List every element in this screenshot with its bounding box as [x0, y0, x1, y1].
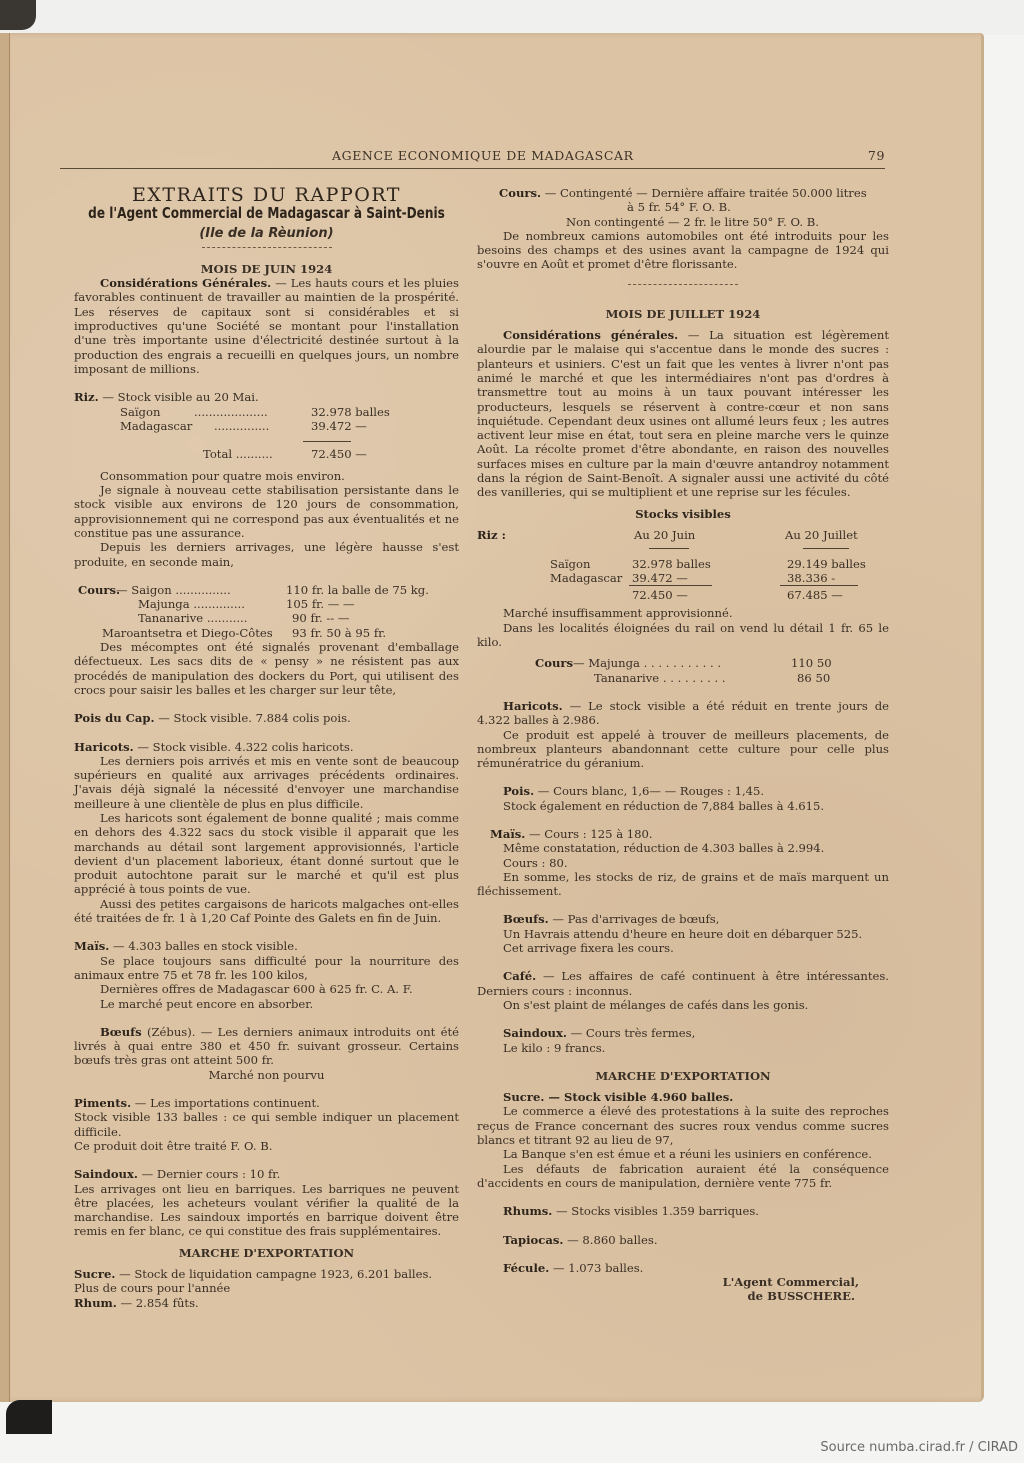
july-mais-p1: Même constatation, réduction de 4.303 ba… [477, 841, 889, 855]
june-haricots: Haricots. — Stock visible. 4.322 colis h… [74, 740, 459, 754]
ornament-divider [628, 284, 738, 285]
june-cours-row: Cours. — Saigon ............... 110 fr. … [74, 583, 459, 597]
july-sucre: Sucre. — Stock visible 4.960 balles. [477, 1090, 889, 1104]
june-rhum-cours: Cours. — Contingenté — Dernière affaire … [477, 186, 889, 200]
running-head: AGENCE ECONOMIQUE DE MADAGASCAR 79 [60, 148, 885, 166]
june-rhum-cours-line3: Non contingenté — 2 fr. le litre 50° F. … [477, 215, 889, 229]
june-saindoux: Saindoux. — Dernier cours : 10 fr. [74, 1167, 459, 1181]
june-pois: Pois du Cap. — Stock visible. 7.884 coli… [74, 711, 459, 725]
source-credit: Source numba.cirad.fr / CIRAD [820, 1440, 1018, 1455]
june-stabilisation: Je signale à nouveau cette stabilisation… [74, 483, 459, 540]
june-piments-p1: Stock visible 133 balles : ce qui semble… [74, 1110, 459, 1139]
july-boeufs-p1: Un Havrais attendu d'heure en heure doit… [477, 927, 889, 941]
july-stocks-row: Saïgon 32.978 balles 29.149 balles [477, 557, 889, 571]
july-saindoux: Saindoux. — Cours très fermes, [477, 1026, 889, 1040]
july-stocks-heading: Stocks visibles [477, 507, 889, 521]
july-pois: Pois. — Cours blanc, 1,6— — Rouges : 1,4… [477, 784, 889, 798]
article-region: (Ile de la Rèunion) [74, 227, 459, 241]
running-title: AGENCE ECONOMIQUE DE MADAGASCAR [332, 148, 634, 163]
june-mais-p3: Le marché peut encore en absorber. [74, 997, 459, 1011]
july-rhums: Rhums. — Stocks visibles 1.359 barriques… [477, 1204, 889, 1218]
july-saindoux-p1: Le kilo : 9 francs. [477, 1041, 889, 1055]
july-tapiocas: Tapiocas. — 8.860 balles. [477, 1233, 889, 1247]
june-cours-row: Tananarive ........... 90 fr. -- — [74, 611, 459, 625]
june-heading: MOIS DE JUIN 1924 [74, 262, 459, 276]
june-export-heading: MARCHE D'EXPORTATION [74, 1246, 459, 1260]
july-boeufs-p2: Cet arrivage fixera les cours. [477, 941, 889, 955]
june-sucre: Sucre. — Stock de liquidation campagne 1… [74, 1267, 459, 1281]
june-haricots-p1: Les derniers pois arrivés et mis en vent… [74, 754, 459, 811]
binder-clip-top [0, 0, 36, 30]
right-column: Cours. — Contingenté — Dernière affaire … [477, 186, 889, 1304]
binder-clip-bottom [6, 1400, 52, 1434]
june-cours-row: Majunga .............. 105 fr. — — [74, 597, 459, 611]
july-fecule: Fécule. — 1.073 balles. [477, 1261, 889, 1275]
june-cours-row: Maroantsetra et Diego-Côtes 93 fr. 50 à … [74, 626, 459, 640]
july-stocks-row: Madagascar 39.472 — 38.336 - [477, 571, 889, 585]
june-haricots-p3: Aussi des petites cargaisons de haricots… [74, 897, 459, 926]
june-riz-row: Madagascar ............... 39.472 — [74, 419, 459, 433]
july-sucre-p1: Le commerce a élevé des protestations à … [477, 1104, 889, 1147]
july-haricots: Haricots. — Le stock visible a été rédui… [477, 699, 889, 728]
july-export-heading: MARCHE D'EXPORTATION [477, 1069, 889, 1083]
july-detail: Dans les localités éloignées du rail on … [477, 621, 889, 650]
signature-title: L'Agent Commercial, [477, 1275, 889, 1289]
june-mais-p1: Se place toujours sans difficulté pour l… [74, 954, 459, 983]
page-number: 79 [868, 148, 885, 163]
june-piments-p2: Ce produit doit être traité F. O. B. [74, 1139, 459, 1153]
june-boeufs-note: Marché non pourvu [74, 1068, 459, 1082]
july-heading: MOIS DE JUILLET 1924 [477, 307, 889, 321]
june-sucre-p1: Plus de cours pour l'année [74, 1281, 459, 1295]
july-sucre-p2: La Banque s'en est émue et a réuni les u… [477, 1147, 889, 1161]
left-column: EXTRAITS DU RAPPORT de l'Agent Commercia… [74, 186, 459, 1310]
july-stocks-header: Riz : Au 20 Juin Au 20 Juillet [477, 528, 889, 542]
june-mecomptes: Des mécomptes ont été signalés provenant… [74, 640, 459, 697]
july-mais-p2: Cours : 80. [477, 856, 889, 870]
july-cours-row: Tananarive . . . . . . . . . 86 50 [477, 671, 889, 685]
july-cours-row: Cours — Majunga . . . . . . . . . . . 11… [477, 656, 889, 670]
july-marche: Marché insuffisamment approvisionné. [477, 606, 889, 620]
july-cafe-p1: On s'est plaint de mélanges de cafés dan… [477, 998, 889, 1012]
article-title: EXTRAITS DU RAPPORT [74, 188, 459, 202]
july-mais: Maïs. — Cours : 125 à 180. [477, 827, 889, 841]
july-pois-p1: Stock également en réduction de 7,884 ba… [477, 799, 889, 813]
june-rhum: Rhum. — 2.854 fûts. [74, 1296, 459, 1310]
june-haricots-p2: Les haricots sont également de bonne qua… [74, 811, 459, 897]
page-spine [0, 33, 10, 1402]
july-mais-p3: En somme, les stocks de riz, de grains e… [477, 870, 889, 899]
header-rule [60, 168, 885, 169]
june-conso: Consommation pour quatre mois environ. [74, 469, 459, 483]
article-subtitle: de l'Agent Commercial de Madagascar à Sa… [85, 206, 448, 220]
july-general: Considérations générales. — La situation… [477, 328, 889, 500]
june-piments: Piments. — Les importations continuent. [74, 1096, 459, 1110]
scan-background-top [0, 0, 1024, 35]
june-hausse: Depuis les derniers arrivages, une légèr… [74, 540, 459, 569]
signature-name: de BUSSCHERE. [477, 1289, 889, 1303]
june-riz: Riz. — Stock visible au 20 Mai. [74, 390, 459, 404]
july-stocks-total: 72.450 — 67.485 — [477, 585, 889, 599]
june-camions: De nombreux camions automobiles ont été … [477, 229, 889, 272]
july-haricots-p1: Ce produit est appelé à trouver de meill… [477, 728, 889, 771]
june-rhum-cours-line2: à 5 fr. 54° F. O. B. [477, 200, 889, 214]
july-cafe: Café. — Les affaires de café continuent … [477, 969, 889, 998]
june-riz-total: Total .......... 72.450 — [74, 447, 459, 461]
july-sucre-p3: Les défauts de fabrication auraient été … [477, 1162, 889, 1191]
june-saindoux-p1: Les arrivages ont lieu en barriques. Les… [74, 1182, 459, 1239]
july-boeufs: Bœufs. — Pas d'arrivages de bœufs, [477, 912, 889, 926]
june-mais-p2: Dernières offres de Madagascar 600 à 625… [74, 982, 459, 996]
june-general: Considérations Générales. — Les hauts co… [74, 276, 459, 376]
june-mais: Maïs. — 4.303 balles en stock visible. [74, 939, 459, 953]
ornament-divider [202, 247, 332, 248]
june-riz-row: Saïgon .................... 32.978 balle… [74, 405, 459, 419]
june-boeufs: Bœufs (Zébus). — Les derniers animaux in… [74, 1025, 459, 1068]
june-riz-sumline [74, 433, 459, 447]
